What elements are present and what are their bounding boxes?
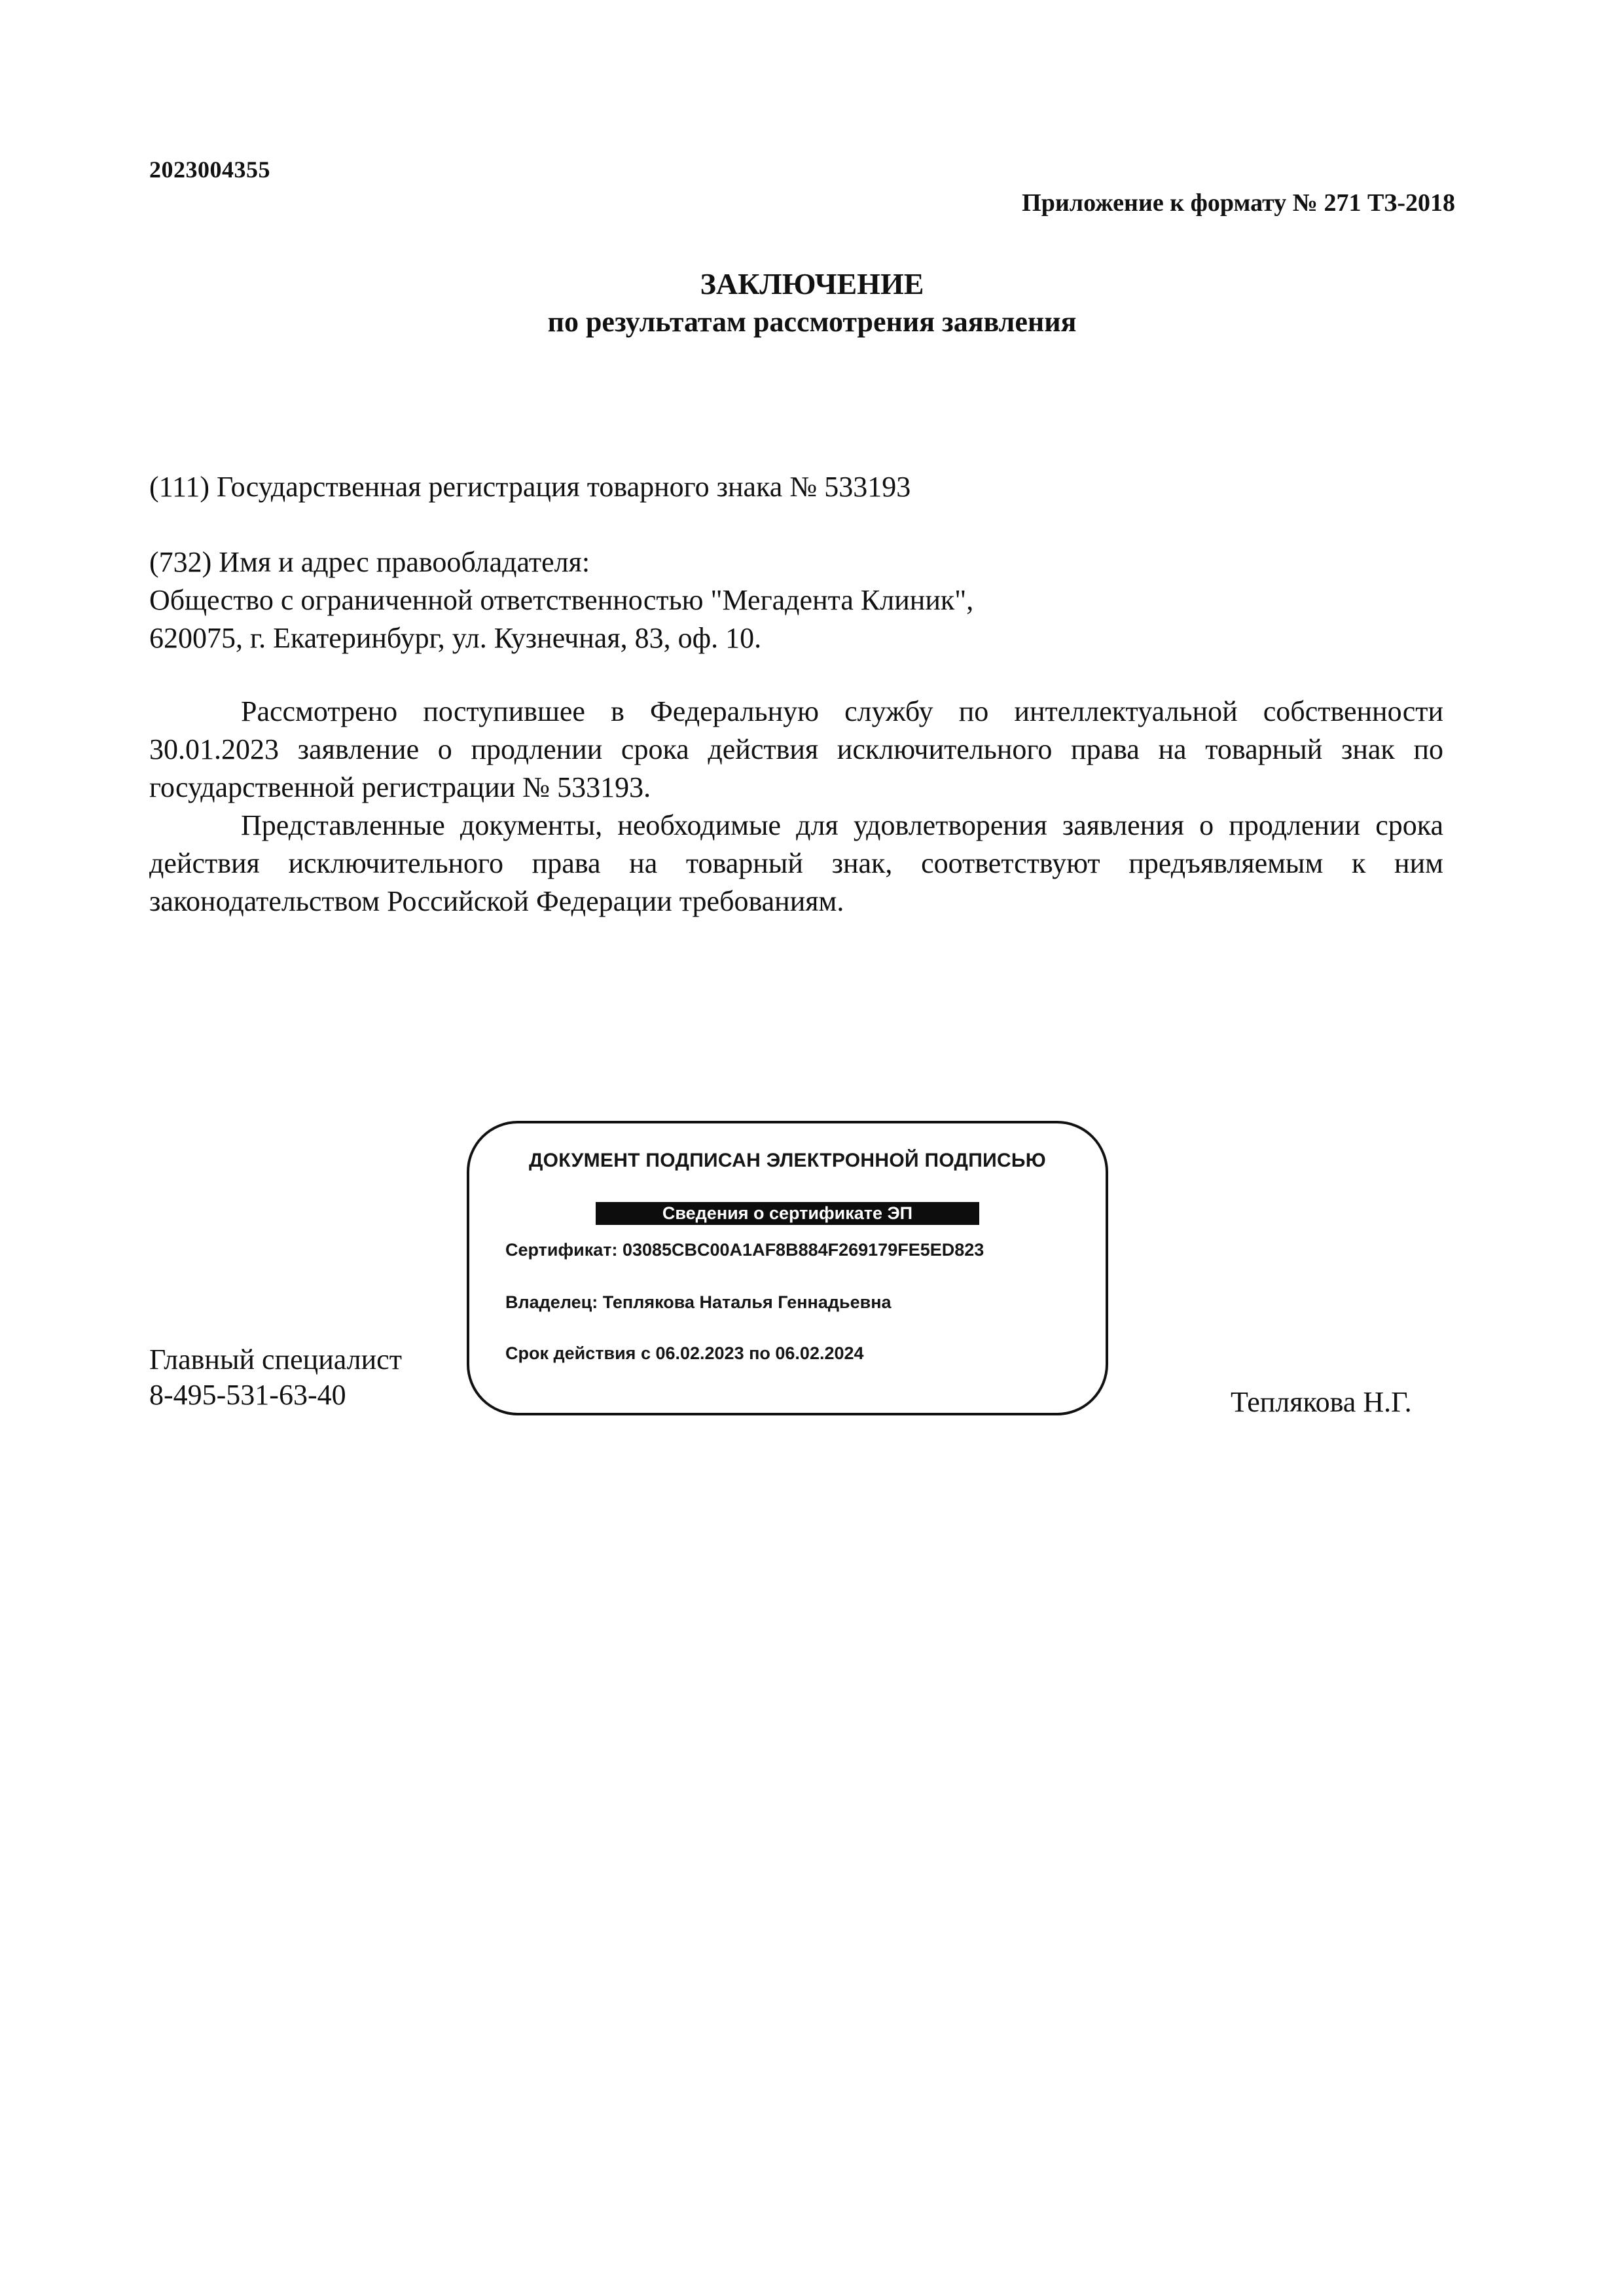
- stamp-certificate-number: Сертификат: 03085CBC00A1AF8B884F269179FE…: [505, 1240, 984, 1260]
- stamp-title: ДОКУМЕНТ ПОДПИСАН ЭЛЕКТРОННОЙ ПОДПИСЬЮ: [469, 1150, 1106, 1172]
- title-block: ЗАКЛЮЧЕНИЕ по результатам рассмотрения з…: [0, 265, 1624, 341]
- body-paragraphs: Рассмотрено поступившее в Федеральную сл…: [149, 693, 1443, 920]
- paragraph-review: Рассмотрено поступившее в Федеральную сл…: [149, 693, 1443, 807]
- signatory-name: Теплякова Н.Г.: [1231, 1385, 1412, 1420]
- page-subtitle: по результатам рассмотрения заявления: [0, 303, 1624, 341]
- registration-line: (111) Государственная регистрация товарн…: [149, 468, 911, 506]
- owner-block: (732) Имя и адрес правообладателя: Общес…: [149, 543, 973, 657]
- stamp-certificate-banner: Сведения о сертификате ЭП: [596, 1202, 979, 1225]
- page-title: ЗАКЛЮЧЕНИЕ: [0, 265, 1624, 303]
- signatory-position-block: Главный специалист 8-495-531-63-40: [149, 1342, 402, 1413]
- stamp-certificate-owner: Владелец: Теплякова Наталья Геннадьевна: [505, 1292, 892, 1313]
- stamp-validity-period: Срок действия с 06.02.2023 по 06.02.2024: [505, 1343, 864, 1364]
- signatory-position: Главный специалист: [149, 1342, 402, 1377]
- signatory-phone: 8-495-531-63-40: [149, 1377, 402, 1413]
- electronic-signature-stamp: ДОКУМЕНТ ПОДПИСАН ЭЛЕКТРОННОЙ ПОДПИСЬЮ С…: [467, 1121, 1108, 1415]
- owner-address: 620075, г. Екатеринбург, ул. Кузнечная, …: [149, 619, 973, 657]
- owner-name: Общество с ограниченной ответственностью…: [149, 581, 973, 619]
- owner-label: (732) Имя и адрес правообладателя:: [149, 543, 973, 581]
- appendix-format-label: Приложение к формату № 271 ТЗ-2018: [1022, 189, 1455, 217]
- paragraph-conclusion: Представленные документы, необходимые дл…: [149, 807, 1443, 920]
- document-id: 2023004355: [149, 156, 270, 183]
